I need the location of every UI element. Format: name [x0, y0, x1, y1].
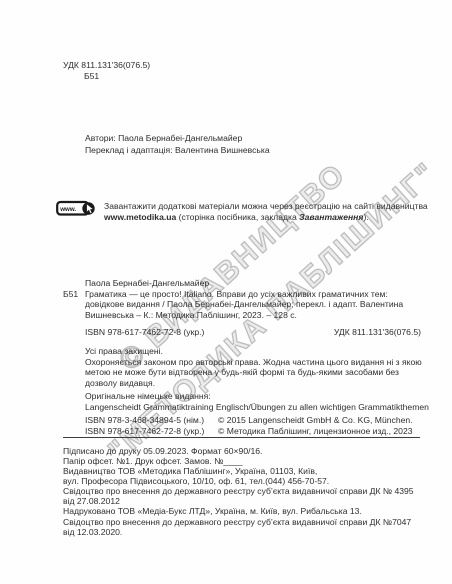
author-sign-code: Б51 — [84, 71, 150, 82]
rights-line-4: дозволу видавця. — [85, 378, 425, 389]
horizontal-divider — [63, 437, 420, 438]
download-note: www. Завантажити додаткові матеріали мож… — [56, 199, 432, 223]
original-edition-title: Langenscheidt Grammatiktraining Englisch… — [85, 402, 445, 413]
download-line-2: www.metodika.ua (сторінка посібника, зак… — [104, 212, 428, 223]
credits-block: Автори: Паола Бернабеі-Дангельмайер Пере… — [85, 133, 270, 156]
isbn-ukrainian-2: ISBN 978-617-7462-72-8 (укр.) — [85, 426, 218, 437]
printer-block: Надруковано ТОВ «Медіа-Букс ЛТД», Україн… — [63, 506, 433, 538]
isbn-row-german: ISBN 978-3-468-34894-5 (нім.)© 2015 Lang… — [85, 415, 413, 426]
catalog-author: Паола Бернабеі-Дангельмайер — [85, 278, 425, 289]
classification-block: УДК 811.131'36(076.5) Б51 — [63, 60, 150, 82]
isbn-ukrainian: ISBN 978-617-7462-72-8 (укр.) — [85, 327, 204, 338]
original-edition-block: Оригінальне німецьке видання: Langensche… — [85, 391, 445, 412]
original-edition-heading: Оригінальне німецьке видання: — [85, 391, 445, 402]
printer-line-1: Надруковано ТОВ «Медіа-Букс ЛТД», Україн… — [63, 506, 433, 517]
rights-line-1: Усі права захищені. — [85, 346, 425, 357]
catalog-sign-code: Б51 — [63, 289, 78, 300]
catalog-line-2: довідкове видання / Паола Бернабеі-Данге… — [85, 299, 425, 310]
catalog-entry: Б51 Паола Бернабеі-Дангельмайер Граматик… — [63, 278, 425, 320]
printer-line-2: Свідоцтво про внесення до державного реє… — [63, 517, 433, 528]
download-text: Завантажити додаткові матеріали можна че… — [104, 199, 428, 223]
catalog-line-1: Граматика — це просто! Italiano. Вправи … — [85, 289, 425, 300]
www-cursor-icon: www. — [56, 199, 97, 219]
isbn-german: ISBN 978-3-468-34894-5 (нім.) — [85, 415, 218, 426]
publisher-imprint-block: Підписано до друку 05.09.2023. Формат 60… — [63, 447, 433, 506]
rights-line-2: Охороняється законом про авторські права… — [85, 357, 425, 368]
bookmark-name: Завантаження — [299, 212, 363, 222]
udk-code: УДК 811.131'36(076.5) — [63, 60, 150, 71]
printer-line-3: від 12.03.2020. — [63, 527, 433, 538]
imprint-line-6: від 27.08.2012 — [63, 497, 433, 507]
www-icon-label: www. — [59, 206, 76, 213]
translation-line: Переклад і адаптація: Валентина Вишневсь… — [85, 145, 270, 157]
catalog-line-3: Вишневська – К.: Методика Паблішинг, 202… — [85, 310, 425, 321]
isbn-copyright-table: ISBN 978-3-468-34894-5 (нім.)© 2015 Lang… — [85, 415, 413, 436]
rights-notice: Усі права захищені. Охороняється законом… — [85, 346, 425, 388]
rights-line-3: метою не може бути відтворена у будь-які… — [85, 367, 425, 378]
site-url: www.metodika.ua — [104, 212, 176, 222]
download-line-2-mid: (сторінка посібника, закладка — [176, 212, 299, 222]
catalog-entry-text: Паола Бернабеі-Дангельмайер Граматика — … — [85, 278, 425, 320]
imprint-page: © ВИДАВНИЦТВО "МЕТОДИКА ПАБЛІШИНГ" УДК 8… — [0, 0, 452, 584]
copyright-langenscheidt: © 2015 Langenscheidt GmbH & Co. KG, Münc… — [218, 415, 413, 425]
udk-code-right: УДК 811.131'36(076.5) — [334, 327, 421, 338]
isbn-udk-row: ISBN 978-617-7462-72-8 (укр.) УДК 811.13… — [85, 327, 421, 338]
isbn-row-ukrainian: ISBN 978-617-7462-72-8 (укр.)© Методика … — [85, 426, 413, 437]
download-line-1: Завантажити додаткові матеріали можна че… — [104, 201, 428, 212]
authors-line: Автори: Паола Бернабеі-Дангельмайер — [85, 133, 270, 145]
download-line-2-end: ). — [363, 212, 368, 222]
copyright-metodika: © Методика Паблішинг, лицензионное изд.,… — [218, 426, 413, 436]
